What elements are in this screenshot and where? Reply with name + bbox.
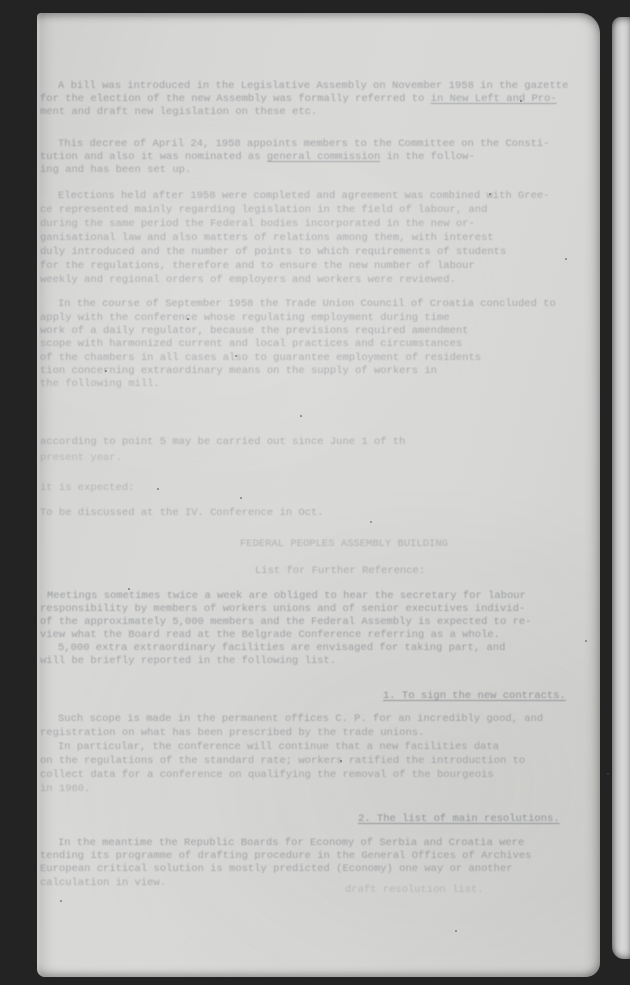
faint-text-line: tution and also it was nominated as gene… — [40, 151, 475, 164]
faint-text-line: tending its programme of drafting proced… — [40, 850, 531, 863]
next-page-edge — [612, 17, 630, 959]
faint-text-line: ing and has been set up. — [40, 164, 191, 177]
text-segment: FEDERAL PEOPLES ASSEMBLY BUILDING — [240, 538, 448, 550]
text-segment: calculation in view. — [40, 877, 166, 889]
faint-text-line: calculation in view. — [40, 877, 166, 890]
faint-text-line: apply with the conference whose regulati… — [40, 312, 450, 325]
faint-text-line: European critical solution is mostly pre… — [40, 863, 513, 876]
faint-text-line: Elections held after 1958 were completed… — [58, 190, 549, 203]
text-segment: during the same period the Federal bodie… — [40, 218, 475, 230]
text-segment: This decree of April 24, 1958 appoints m… — [58, 138, 549, 150]
faint-text-line: ce represented mainly regarding legislat… — [40, 204, 487, 217]
underlined-text-segment: 2. The list of main resolutions. — [358, 813, 560, 825]
scan-speck — [489, 193, 491, 195]
faint-text-line: present year. — [40, 452, 122, 465]
faint-text-line: List for Further Reference: — [255, 565, 425, 578]
text-segment: tution and also it was nominated as — [40, 151, 267, 163]
scan-speck — [370, 521, 372, 523]
faint-text-line: for the regulations, therefore and to en… — [40, 260, 475, 273]
text-segment: weekly and regional orders of employers … — [40, 274, 456, 286]
text-segment: tion concerning extraordinary means on t… — [40, 365, 437, 377]
document-page: A bill was introduced in the Legislative… — [37, 13, 600, 977]
faint-text-line: FEDERAL PEOPLES ASSEMBLY BUILDING — [240, 538, 448, 551]
scan-speck — [157, 488, 159, 490]
scan-speck — [187, 318, 189, 320]
faint-text-line: In the meantime the Republic Boards for … — [58, 837, 524, 850]
scan-speck — [105, 370, 107, 372]
faint-text-line: it is expected: — [40, 482, 135, 495]
scan-speck — [565, 258, 567, 260]
faint-text-line: for the election of the new Assembly was… — [40, 93, 557, 106]
text-segment: List for Further Reference: — [255, 565, 425, 577]
faint-text-line: view what the Board read at the Belgrade… — [40, 629, 500, 642]
scan-speck — [520, 100, 522, 102]
scan-speck — [340, 760, 342, 762]
scan-speck — [607, 773, 609, 775]
scan-speck — [235, 355, 237, 357]
text-segment: view what the Board read at the Belgrade… — [40, 629, 500, 641]
text-segment: responsibility by members of workers uni… — [40, 603, 525, 615]
scan-speck — [455, 930, 457, 932]
faint-text-line: ganisational law and also matters of rel… — [40, 232, 494, 245]
faint-text-line: Meetings sometimes twice a week are obli… — [47, 590, 526, 603]
faint-text-line: draft resolution list. — [345, 884, 484, 897]
text-segment: Elections held after 1958 were completed… — [58, 190, 549, 202]
text-segment: In particular, the conference will conti… — [58, 741, 499, 753]
text-segment: present year. — [40, 452, 122, 464]
faint-text-line: To be discussed at the IV. Conference in… — [40, 507, 324, 520]
scan-speck — [60, 900, 62, 902]
scan-speck — [585, 640, 587, 642]
text-segment: will be briefly reported in the followin… — [40, 655, 336, 667]
faint-text-line: the following mill. — [40, 378, 160, 391]
text-segment: ment and draft new legislation on these … — [40, 106, 317, 118]
text-segment: scope with harmonized current and local … — [40, 338, 462, 350]
text-segment: in 1960. — [40, 783, 90, 795]
text-segment: in the follow- — [380, 151, 475, 163]
faint-text-line: on the regulations of the standard rate;… — [40, 755, 525, 768]
text-segment: In the meantime the Republic Boards for … — [58, 837, 524, 849]
faint-text-line: of the approximately 5,000 members and t… — [40, 616, 531, 629]
text-segment: tending its programme of drafting proced… — [40, 850, 531, 862]
text-segment: 5,000 extra extraordinary facilities are… — [58, 642, 505, 654]
faint-text-line: This decree of April 24, 1958 appoints m… — [58, 138, 549, 151]
faint-text-line: will be briefly reported in the followin… — [40, 655, 336, 668]
faint-text-line: 5,000 extra extraordinary facilities are… — [58, 642, 505, 655]
faint-text-line: collect data for a conference on qualify… — [40, 769, 494, 782]
text-segment: of the chambers in all cases also to gua… — [40, 352, 481, 364]
underlined-text-segment: 1. To sign the new contracts. — [383, 690, 566, 702]
text-segment: for the regulations, therefore and to en… — [40, 260, 475, 272]
scan-speck — [240, 497, 242, 499]
text-segment: ce represented mainly regarding legislat… — [40, 204, 487, 216]
underlined-text-segment: in New Left and Pro- — [431, 93, 557, 105]
faint-text-line: In the course of September 1958 the Trad… — [58, 298, 556, 311]
faint-text-line: A bill was introduced in the Legislative… — [58, 80, 568, 93]
faint-text-line: scope with harmonized current and local … — [40, 338, 462, 351]
faint-text-line: in 1960. — [40, 783, 90, 796]
text-segment: A bill was introduced in the Legislative… — [58, 80, 568, 92]
text-segment: duly introduced and the number of points… — [40, 246, 506, 258]
faint-text-line: In particular, the conference will conti… — [58, 741, 499, 754]
text-segment: according to point 5 may be carried out … — [40, 436, 405, 448]
faint-text-line: weekly and regional orders of employers … — [40, 274, 456, 287]
faint-text-line: during the same period the Federal bodie… — [40, 218, 475, 231]
text-segment: of the approximately 5,000 members and t… — [40, 616, 531, 628]
underlined-heading: 1. To sign the new contracts. — [383, 690, 566, 703]
text-segment: work of a daily regulator, because the p… — [40, 325, 468, 337]
faint-text-line: work of a daily regulator, because the p… — [40, 325, 468, 338]
text-segment: In the course of September 1958 the Trad… — [58, 298, 556, 310]
underlined-heading: 2. The list of main resolutions. — [358, 813, 560, 826]
faint-text-line: of the chambers in all cases also to gua… — [40, 352, 481, 365]
scan-speck — [300, 415, 302, 417]
text-segment: ing and has been set up. — [40, 164, 191, 176]
text-segment: European critical solution is mostly pre… — [40, 863, 513, 875]
text-segment: it is expected: — [40, 482, 135, 494]
text-segment: for the election of the new Assembly was… — [40, 93, 431, 105]
faint-text-line: responsibility by members of workers uni… — [40, 603, 525, 616]
text-segment: apply with the conference whose regulati… — [40, 312, 450, 324]
faint-text-line: tion concerning extraordinary means on t… — [40, 365, 437, 378]
faint-text-line: registration on what has been prescribed… — [40, 727, 424, 740]
faint-text-line: according to point 5 may be carried out … — [40, 436, 405, 449]
faint-text-line: duly introduced and the number of points… — [40, 246, 506, 259]
faint-text-line: ment and draft new legislation on these … — [40, 106, 317, 119]
text-segment: the following mill. — [40, 378, 160, 390]
underlined-text-segment: general commission — [267, 151, 380, 163]
text-segment: Meetings sometimes twice a week are obli… — [47, 590, 526, 602]
text-segment: registration on what has been prescribed… — [40, 727, 424, 739]
text-segment: collect data for a conference on qualify… — [40, 769, 494, 781]
text-segment: on the regulations of the standard rate;… — [40, 755, 525, 767]
text-segment: ganisational law and also matters of rel… — [40, 232, 494, 244]
text-segment: To be discussed at the IV. Conference in… — [40, 507, 324, 519]
text-segment: Such scope is made in the permanent offi… — [58, 713, 543, 725]
text-segment: draft resolution list. — [345, 884, 484, 896]
scan-speck — [128, 588, 130, 590]
faint-text-line: Such scope is made in the permanent offi… — [58, 713, 543, 726]
